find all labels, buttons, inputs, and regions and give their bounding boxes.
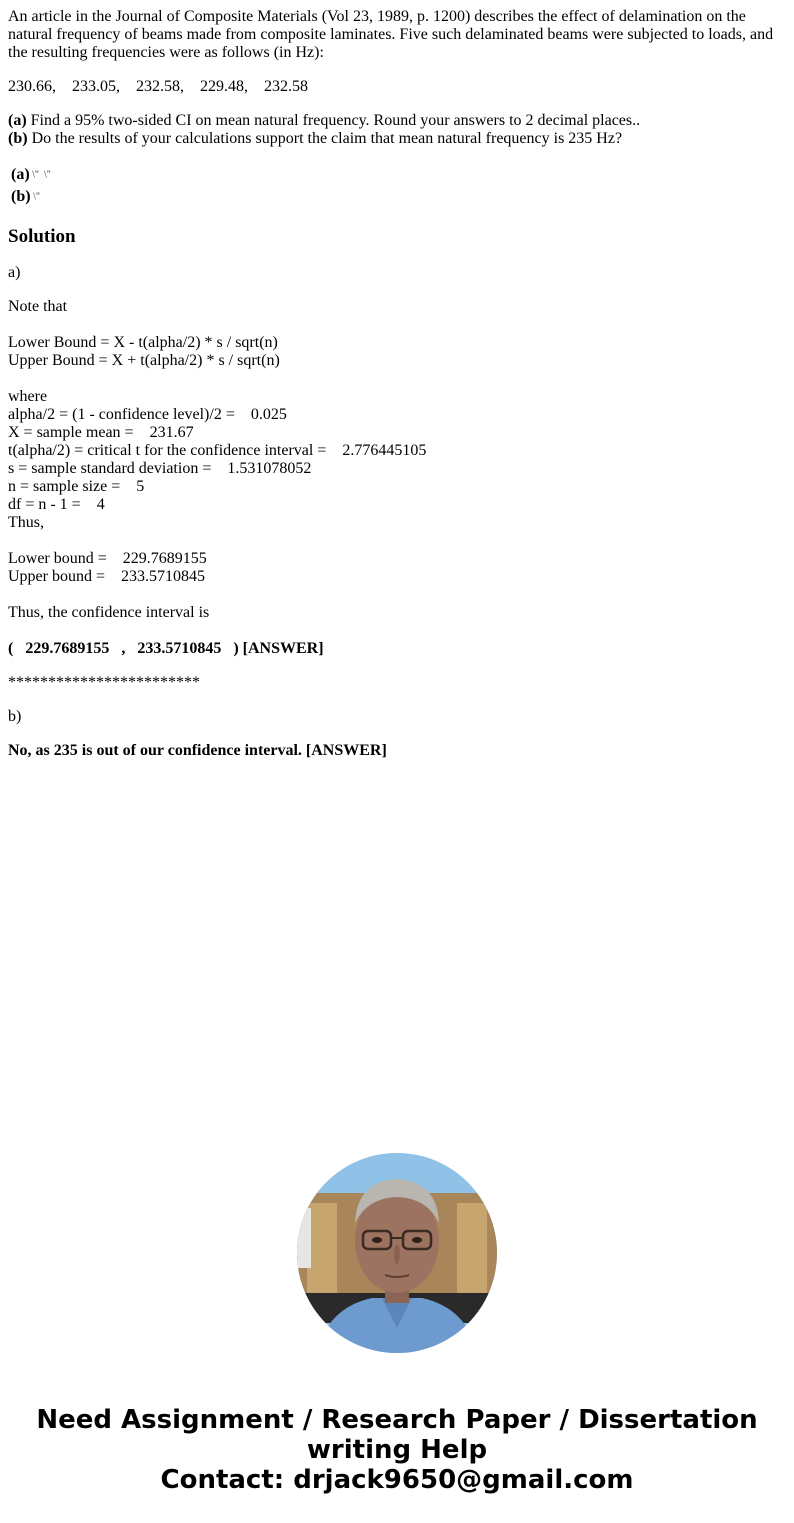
answer-b-row: (b) \" bbox=[11, 186, 786, 208]
t-critical-line: t(alpha/2) = critical t for the confiden… bbox=[8, 442, 786, 460]
part-a-label: (a) bbox=[8, 112, 27, 129]
solution-part-b-label: b) bbox=[8, 708, 786, 726]
solution-part-a-label: a) bbox=[8, 264, 786, 282]
ci-answer: ( 229.7689155 , 233.5710845 ) [ANSWER] bbox=[8, 640, 786, 658]
formula-lower: Lower Bound = X - t(alpha/2) * s / sqrt(… bbox=[8, 334, 786, 352]
promo-line-1: Need Assignment / Research Paper / Disse… bbox=[0, 1405, 794, 1435]
sample-size-line: n = sample size = 5 bbox=[8, 478, 786, 496]
answer-a-field: \" \" bbox=[30, 169, 51, 180]
question-intro: An article in the Journal of Composite M… bbox=[8, 8, 786, 62]
question-part-b: (b) Do the results of your calculations … bbox=[8, 130, 786, 148]
part-a-text: Find a 95% two-sided CI on mean natural … bbox=[27, 112, 640, 129]
solution-heading: Solution bbox=[8, 226, 786, 248]
document-body: An article in the Journal of Composite M… bbox=[8, 8, 786, 760]
promo-line-2: writing Help bbox=[0, 1435, 794, 1465]
mean-line: X = sample mean = 231.67 bbox=[8, 424, 786, 442]
separator: ************************ bbox=[8, 674, 786, 692]
promo-banner: Need Assignment / Research Paper / Disse… bbox=[0, 1405, 794, 1495]
alpha-line: alpha/2 = (1 - confidence level)/2 = 0.0… bbox=[8, 406, 786, 424]
answer-a-label: (a) bbox=[11, 166, 30, 183]
std-dev-line: s = sample standard deviation = 1.531078… bbox=[8, 460, 786, 478]
part-b-answer: No, as 235 is out of our confidence inte… bbox=[8, 742, 786, 760]
note-text: Note that bbox=[8, 298, 786, 316]
formula-upper: Upper Bound = X + t(alpha/2) * s / sqrt(… bbox=[8, 352, 786, 370]
answer-b-field: \" bbox=[31, 191, 40, 202]
thus-text: Thus, bbox=[8, 514, 786, 532]
answer-a-row: (a) \" \" bbox=[11, 164, 786, 186]
df-line: df = n - 1 = 4 bbox=[8, 496, 786, 514]
upper-bound-result: Upper bound = 233.5710845 bbox=[8, 568, 786, 586]
lower-bound-result: Lower bound = 229.7689155 bbox=[8, 550, 786, 568]
ci-intro: Thus, the confidence interval is bbox=[8, 604, 786, 622]
frequency-data: 230.66, 233.05, 232.58, 229.48, 232.58 bbox=[8, 78, 786, 96]
tutor-avatar bbox=[297, 1153, 497, 1353]
part-b-text: Do the results of your calculations supp… bbox=[28, 130, 622, 147]
where-text: where bbox=[8, 388, 786, 406]
tutor-photo-icon bbox=[297, 1153, 497, 1353]
answer-blanks: (a) \" \" (b) \" bbox=[11, 164, 786, 208]
part-b-label: (b) bbox=[8, 130, 28, 147]
promo-contact[interactable]: Contact: drjack9650@gmail.com bbox=[0, 1465, 794, 1495]
question-part-a: (a) Find a 95% two-sided CI on mean natu… bbox=[8, 112, 786, 130]
answer-b-label: (b) bbox=[11, 188, 31, 205]
